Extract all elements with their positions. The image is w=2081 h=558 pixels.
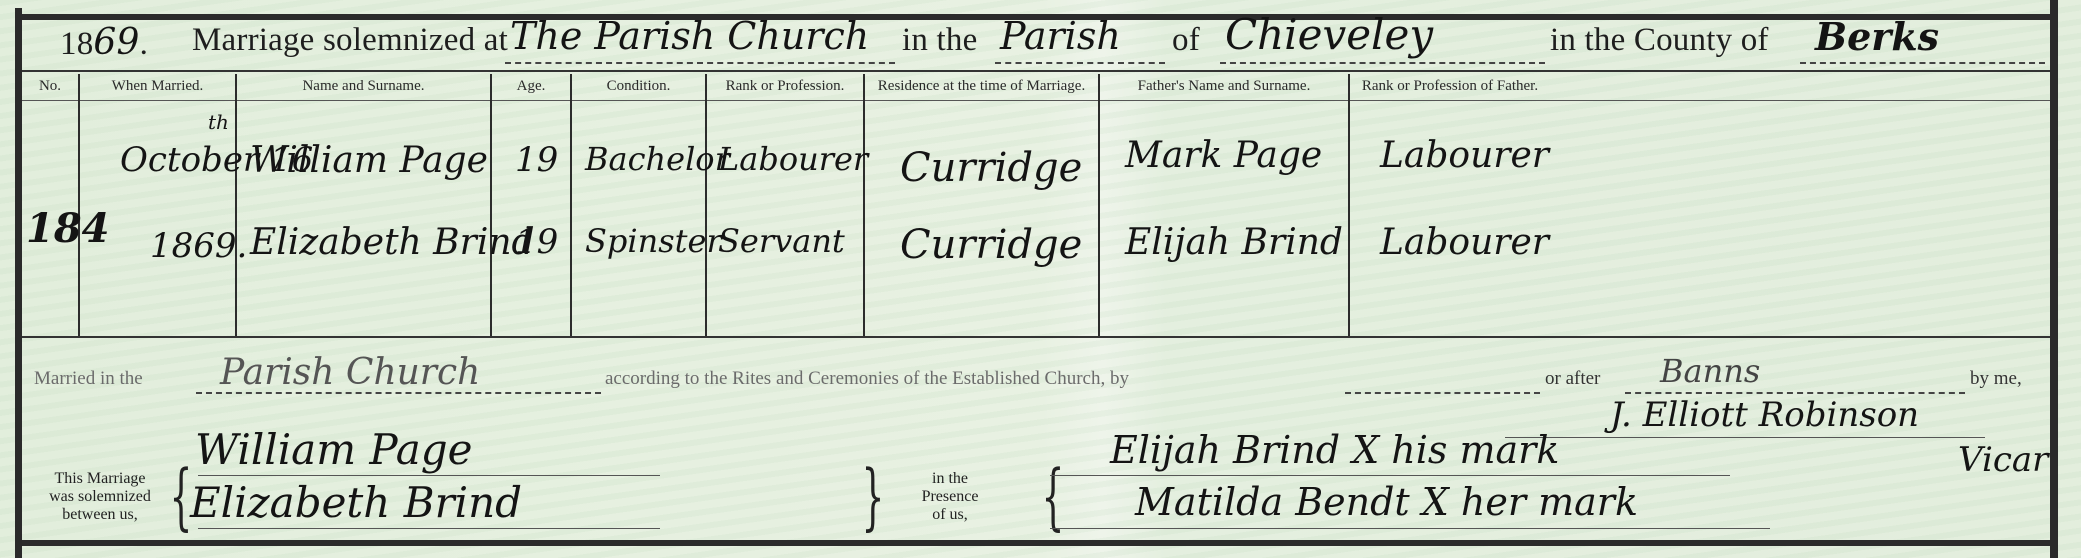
fill-line [1345,392,1540,395]
label-line: This Marriage [40,470,160,488]
table-bottom-rule [22,336,2050,338]
left-brace-icon: { [1041,460,1064,532]
right-border [2050,0,2058,558]
bride-age: 19 [515,222,558,262]
right-brace-icon: } [861,460,884,532]
groom-name: William Page [250,140,488,181]
label-line: Presence [905,488,995,506]
marriage-certificate: 1869. Marriage solemnized at The Parish … [0,0,2081,558]
signature-line [1050,528,1770,529]
signature-line [1050,475,1730,476]
groom-rank: Labourer [718,140,868,178]
fill-line [196,392,601,395]
when-married-ordinal: th [208,110,229,134]
label-line: in the [905,470,995,488]
label-county: in the County of [1550,22,1769,59]
col-header-condition: Condition. [572,78,705,95]
fill-line [1800,62,2045,65]
header-top-rule [22,70,2050,72]
col-header-no: No. [22,78,78,95]
party-signature-bride: Elizabeth Brind [190,478,522,527]
col-header-rank: Rank or Profession. [707,78,863,95]
column-divider [235,74,237,336]
left-border [15,8,22,558]
bride-rank: Servant [718,222,845,260]
col-header-father-rank: Rank or Profession of Father. [1350,78,1550,95]
signature-line [198,528,660,529]
groom-father-rank: Labourer [1380,135,1549,176]
fill-line [505,62,895,65]
entry-number: 184 [26,205,110,252]
county-value: Berks [1815,14,1939,59]
officiant-title: Vicar [1958,440,2048,480]
district-name-value: Chieveley [1225,10,1433,59]
year-prefix: 18 [60,26,93,62]
column-divider [1098,74,1100,336]
bride-father-rank: Labourer [1380,222,1549,263]
label-in-the: in the [902,22,977,59]
bride-father-name: Elijah Brind [1125,222,1343,263]
year-label: 1869. [60,22,148,63]
bottom-rule [22,540,2050,546]
witness-signature-1: Elijah Brind X his mark [1110,428,1559,472]
label-by-me: by me, [1970,368,2022,390]
col-header-father-name: Father's Name and Surname. [1100,78,1348,95]
year-suffix: 69 [93,22,139,63]
column-divider [863,74,865,336]
groom-father-name: Mark Page [1125,135,1322,176]
fill-line [1220,62,1545,65]
groom-residence: Curridge [900,145,1082,191]
column-divider [570,74,572,336]
label-or-after: or after [1545,368,1600,390]
label-presence: in the Presence of us, [905,470,995,524]
bride-condition: Spinster [585,222,722,260]
solemnized-at-value: The Parish Church [510,14,869,58]
col-header-age: Age. [492,78,570,95]
header-bottom-rule [22,100,2050,101]
label-line: between us, [40,506,160,524]
column-divider [490,74,492,336]
married-in-value: Parish Church [220,352,480,393]
witness-signature-2: Matilda Bendt X her mark [1135,480,1638,524]
signature-line [198,475,660,476]
left-brace-icon: { [169,460,192,532]
when-married-year: 1869. [150,226,247,266]
bride-residence: Curridge [900,222,1082,268]
col-header-residence: Residence at the time of Marriage. [865,78,1098,95]
fill-line [995,62,1165,65]
column-divider [1348,74,1350,336]
col-header-when-married: When Married. [80,78,235,95]
district-type-value: Parish [1000,14,1121,58]
officiant-line [1505,437,1985,438]
bride-name: Elizabeth Brind [250,222,535,263]
groom-age: 19 [515,140,558,180]
label-married-in: Married in the [34,368,143,390]
column-divider [705,74,707,336]
label-line: was solemnized [40,488,160,506]
or-after-value: Banns [1660,352,1760,390]
officiant-signature: J. Elliott Robinson [1610,395,1919,435]
party-signature-groom: William Page [195,425,473,474]
label-solemnized-at: Marriage solemnized at [192,22,508,59]
label-of: of [1172,22,1200,59]
col-header-name: Name and Surname. [237,78,490,95]
groom-condition: Bachelor [585,140,730,178]
label-between-us: This Marriage was solemnized between us, [40,470,160,524]
label-line: of us, [905,506,995,524]
label-rites: according to the Rites and Ceremonies of… [605,368,1129,390]
